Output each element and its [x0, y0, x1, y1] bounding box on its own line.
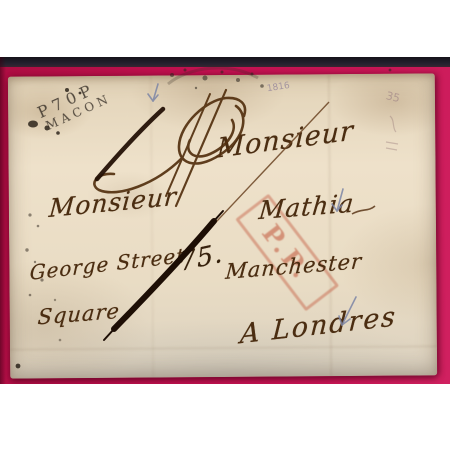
address-destination: A Londres: [239, 301, 398, 350]
address-salutation: Monsieur: [216, 115, 354, 164]
address-line2-left: Monsieur: [48, 182, 178, 224]
black-departure-postmark: P70P MACON: [35, 76, 113, 133]
address-square: Square: [37, 299, 121, 330]
fold-crease-horizontal: [10, 345, 437, 350]
letter-sheet: P.P. P70P MACON Monsieur Monsieur Mathia…: [8, 73, 437, 378]
address-street: George Street: [29, 243, 185, 285]
pencil-corner-mark: 35: [385, 89, 402, 105]
address-line2-name: Mathia: [258, 188, 356, 225]
photo-left-shadow: [0, 57, 6, 384]
pencil-year-note: 1816: [266, 81, 290, 94]
product-photo-page: P.P. P70P MACON Monsieur Monsieur Mathia…: [0, 0, 450, 450]
photo-top-shadow-band: [0, 57, 450, 67]
fold-crease-vertical: [150, 76, 154, 378]
cover-photo: P.P. P70P MACON Monsieur Monsieur Mathia…: [0, 57, 450, 384]
